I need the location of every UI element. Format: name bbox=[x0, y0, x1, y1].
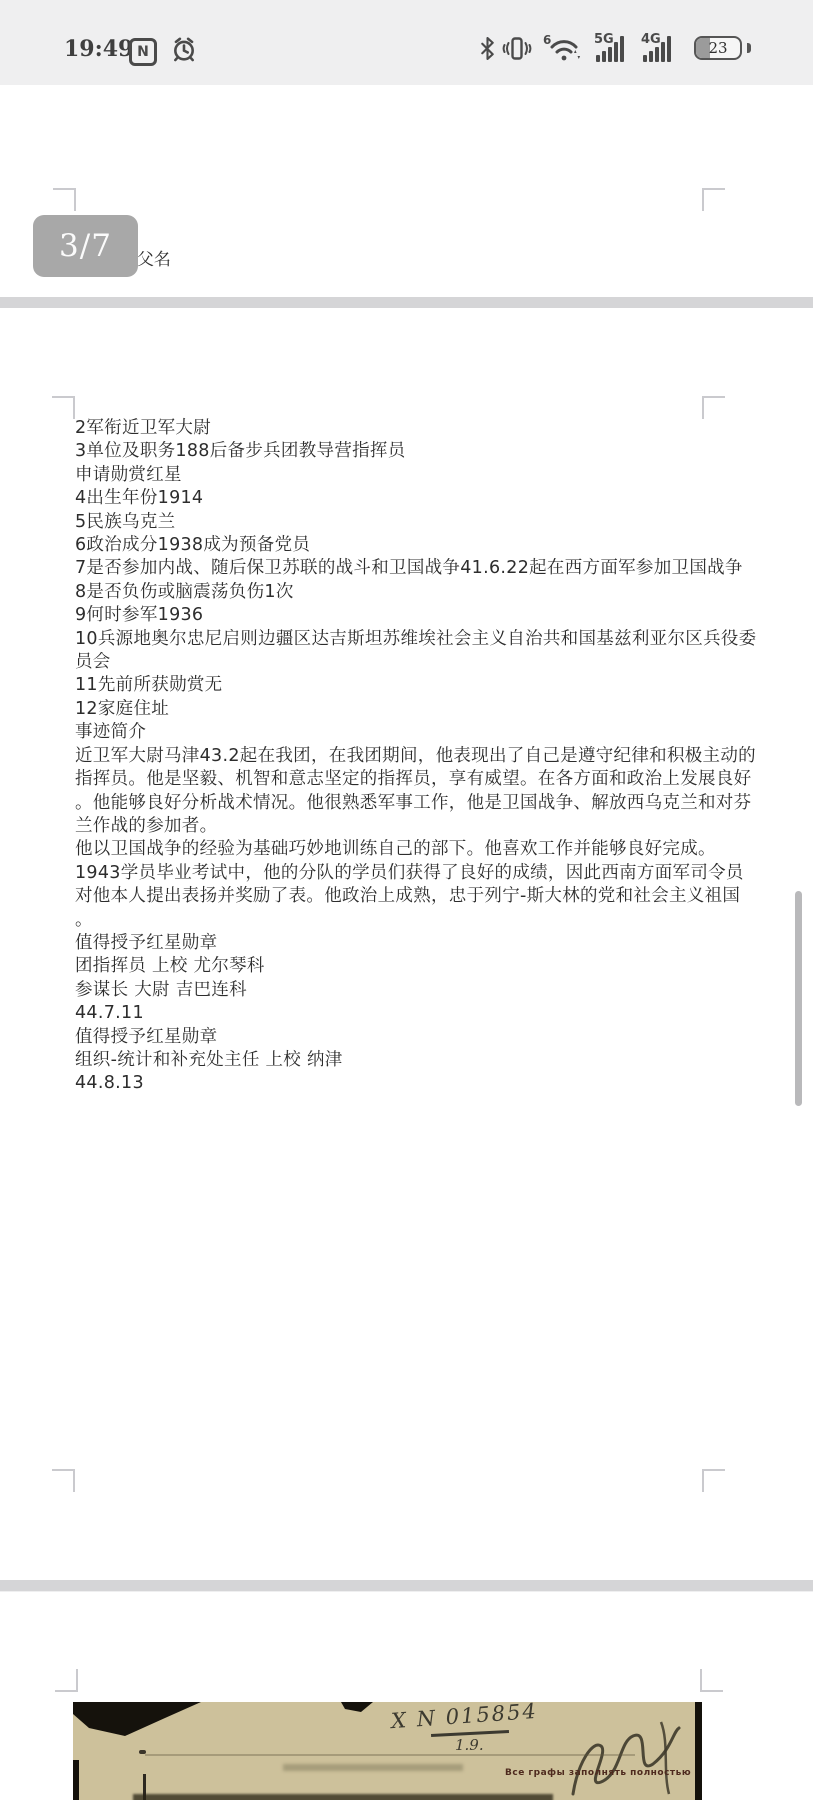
document-page-current[interactable]: 2军衔近卫军大尉3单位及职务188后备步兵团教导营指挥员申请勋赏红星4出生年份1… bbox=[0, 308, 813, 1580]
scrollbar-thumb[interactable] bbox=[795, 891, 802, 1106]
battery-icon: 23 bbox=[694, 36, 742, 60]
nfc-icon: N bbox=[129, 38, 157, 66]
printed-form-note: Все графы заполнять полностью bbox=[505, 1768, 691, 1778]
doc-line: 11先前所获勋赏无 bbox=[75, 674, 745, 697]
doc-line: 他以卫国战争的经验为基础巧妙地训练自己的部下。他喜欢工作并能够良好完成。 bbox=[75, 838, 745, 861]
scanned-document-image: X N 015854 1.9. Все графы заполнять полн… bbox=[73, 1702, 702, 1800]
cutoff-printed-text-smudge bbox=[133, 1794, 553, 1800]
doc-line: 5民族乌克兰 bbox=[75, 511, 745, 534]
doc-line: 1943学员毕业考试中，他的分队的学员们获得了良好的成绩，因此西南方面军司令员 bbox=[75, 862, 745, 885]
doc-line: 对他本人提出表扬并奖励了表。他政治上成熟，忠于列宁-斯大林的党和社会主义祖国 bbox=[75, 885, 745, 908]
doc-line: 44.7.11 bbox=[75, 1002, 745, 1025]
doc-line: 团指挥员 上校 尤尔琴科 bbox=[75, 955, 745, 978]
vibrate-icon bbox=[502, 37, 532, 60]
ink-blotch-small bbox=[341, 1702, 373, 1712]
scan-artifacts bbox=[73, 1702, 702, 1800]
illegible-stamp-smudge bbox=[283, 1764, 463, 1771]
doc-line: 员会 bbox=[75, 651, 745, 674]
corner-mark bbox=[52, 1469, 75, 1492]
faded-form-rule bbox=[145, 1754, 635, 1756]
doc-line: 申请勋赏红星 bbox=[75, 464, 745, 487]
doc-line: 。他能够良好分析战术情况。他很熟悉军事工作，他是卫国战争、解放西乌克兰和对芬 bbox=[75, 792, 745, 815]
doc-line: 2军衔近卫军大尉 bbox=[75, 417, 745, 440]
battery-cap bbox=[747, 43, 751, 53]
signal-bars-4g bbox=[643, 36, 671, 62]
doc-line: 12家庭住址 bbox=[75, 698, 745, 721]
bluetooth-icon bbox=[480, 37, 495, 60]
translated-text-block: 2军衔近卫军大尉3单位及职务188后备步兵团教导营指挥员申请勋赏红星4出生年份1… bbox=[75, 417, 745, 1096]
wifi-6-icon: 6 bbox=[543, 33, 583, 62]
doc-line: 事迹简介 bbox=[75, 721, 745, 744]
page-indicator-badge: 3/7 bbox=[33, 215, 138, 277]
doc-line: 6政治成分1938成为预备党员 bbox=[75, 534, 745, 557]
doc-line: 9何时参军1936 bbox=[75, 604, 745, 627]
doc-line: 44.8.13 bbox=[75, 1072, 745, 1095]
corner-mark bbox=[700, 1669, 723, 1692]
doc-line: 值得授予红星勋章 bbox=[75, 932, 745, 955]
corner-mark bbox=[52, 396, 75, 419]
doc-line: 7是否参加内战、随后保卫苏联的战斗和卫国战争41.6.22起在西方面军参加卫国战… bbox=[75, 557, 745, 580]
wifi-generation-label: 6 bbox=[543, 33, 551, 47]
phone-screen: 19:49 N 6 bbox=[0, 0, 813, 1800]
doc-line: 值得授予红星勋章 bbox=[75, 1026, 745, 1049]
doc-line: 3单位及职务188后备步兵团教导营指挥员 bbox=[75, 440, 745, 463]
doc-line: 兰作战的参加者。 bbox=[75, 815, 745, 838]
corner-mark bbox=[702, 188, 725, 211]
page-gap-divider bbox=[0, 297, 813, 308]
doc-line: 组织-统计和补充处主任 上校 纳津 bbox=[75, 1049, 745, 1072]
scan-dark-edge bbox=[73, 1760, 79, 1800]
doc-line: 10兵源地奥尔忠尼启则边疆区达吉斯坦苏维埃社会主义自治共和国基兹利亚尔区兵役委 bbox=[75, 628, 745, 651]
doc-line: 参谋长 大尉 吉巴连科 bbox=[75, 979, 745, 1002]
corner-mark bbox=[702, 396, 725, 419]
doc-line: 。 bbox=[75, 909, 745, 932]
doc-line: 4出生年份1914 bbox=[75, 487, 745, 510]
handwritten-fraction: 1.9. bbox=[455, 1736, 484, 1754]
ink-blotch bbox=[73, 1702, 201, 1736]
doc-line: 8是否负伤或脑震荡负伤1次 bbox=[75, 581, 745, 604]
corner-mark bbox=[55, 1669, 78, 1692]
alarm-icon bbox=[171, 36, 197, 62]
signal-bars-5g bbox=[596, 36, 624, 62]
corner-mark bbox=[702, 1469, 725, 1492]
handwritten-signature bbox=[573, 1728, 679, 1794]
battery-percent: 23 bbox=[696, 38, 740, 58]
scan-dark-edge bbox=[695, 1702, 702, 1800]
corner-mark bbox=[53, 188, 76, 211]
clock-time: 19:49 bbox=[64, 36, 133, 62]
doc-line: 指挥员。他是坚毅、机智和意志坚定的指挥员，享有威望。在各方面和政治上发展良好 bbox=[75, 768, 745, 791]
doc-line: 近卫军大尉马津43.2起在我团，在我团期间，他表现出了自己是遵守纪律和积极主动的 bbox=[75, 745, 745, 768]
page-gap-divider bbox=[0, 1580, 813, 1591]
ink-mark bbox=[139, 1750, 146, 1754]
